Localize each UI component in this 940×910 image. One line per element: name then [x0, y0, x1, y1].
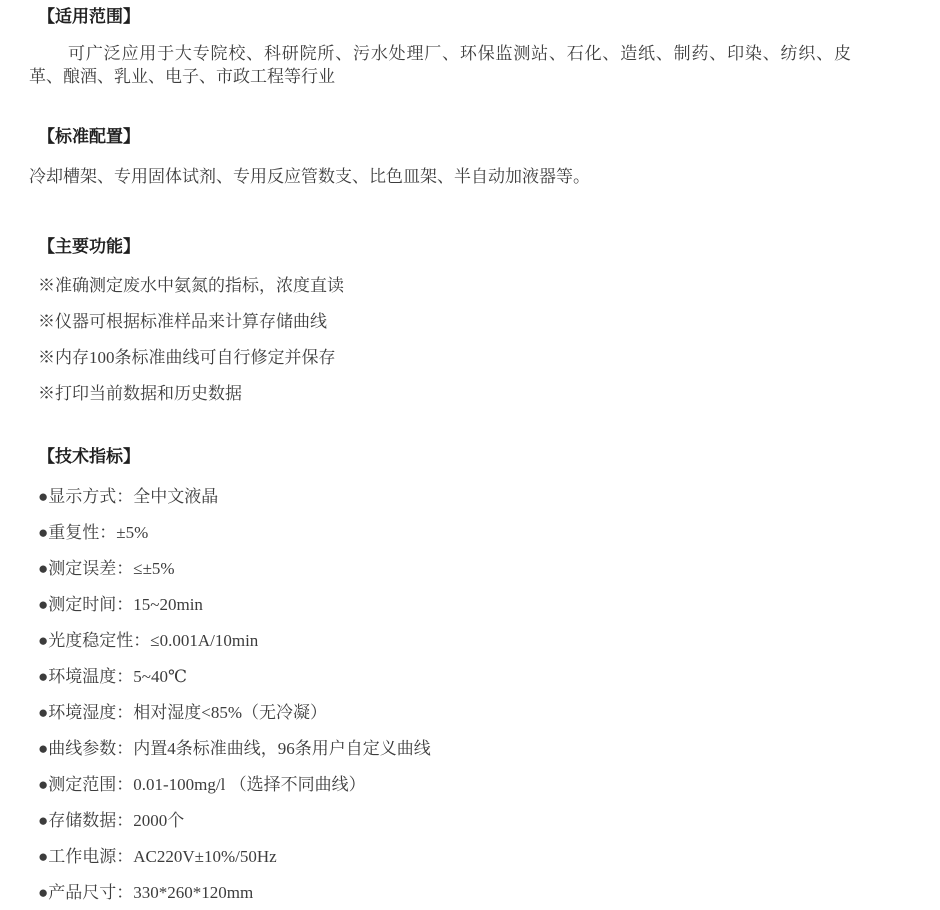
spec-item-display-mode: ●显示方式：全中文液晶	[38, 485, 940, 508]
spec-item-measurement-time: ●测定时间：15~20min	[38, 593, 940, 616]
function-item: ※准确测定废水中氨氮的指标，浓度直读	[38, 274, 940, 297]
scope-paragraph-line-1: 可广泛应用于大专院校、科研院所、污水处理厂、环保监测站、石化、造纸、制药、印染、…	[29, 42, 851, 65]
spec-item-data-storage: ●存储数据：2000个	[38, 809, 940, 832]
product-description-document: 【适用范围】 可广泛应用于大专院校、科研院所、污水处理厂、环保监测站、石化、造纸…	[0, 0, 940, 910]
section-heading-main-functions: 【主要功能】	[38, 235, 940, 258]
scope-paragraph: 可广泛应用于大专院校、科研院所、污水处理厂、环保监测站、石化、造纸、制药、印染、…	[29, 42, 851, 88]
spec-item-repeatability: ●重复性：±5%	[38, 521, 940, 544]
spec-item-measurement-error: ●测定误差：≤±5%	[38, 557, 940, 580]
spec-item-ambient-temperature: ●环境温度：5~40℃	[38, 665, 940, 688]
spec-item-photometric-stability: ●光度稳定性：≤0.001A/10min	[38, 629, 940, 652]
function-item: ※仪器可根据标准样品来计算存储曲线	[38, 310, 940, 333]
spec-item-ambient-humidity: ●环境湿度：相对湿度<85%（无冷凝）	[38, 701, 940, 724]
function-item: ※内存100条标准曲线可自行修定并保存	[38, 346, 940, 369]
main-functions-list: ※准确测定废水中氨氮的指标，浓度直读 ※仪器可根据标准样品来计算存储曲线 ※内存…	[29, 274, 940, 405]
section-heading-tech-specs: 【技术指标】	[38, 445, 940, 468]
spec-item-power-supply: ●工作电源：AC220V±10%/50Hz	[38, 845, 940, 868]
spec-item-measurement-range: ●测定范围：0.01-100mg/l （选择不同曲线）	[38, 773, 940, 796]
function-item: ※打印当前数据和历史数据	[38, 382, 940, 405]
standard-config-paragraph: 冷却槽架、专用固体试剂、专用反应管数支、比色皿架、半自动加液器等。	[29, 165, 940, 188]
section-heading-standard-config: 【标准配置】	[38, 125, 940, 148]
spec-item-product-dimensions: ●产品尺寸：330*260*120mm	[38, 881, 940, 904]
spec-item-curve-parameters: ●曲线参数：内置4条标准曲线，96条用户自定义曲线	[38, 737, 940, 760]
tech-specs-list: ●显示方式：全中文液晶 ●重复性：±5% ●测定误差：≤±5% ●测定时间：15…	[29, 485, 940, 904]
section-heading-scope: 【适用范围】	[38, 5, 940, 28]
scope-paragraph-line-2: 革、酿酒、乳业、电子、市政工程等行业	[29, 65, 851, 88]
